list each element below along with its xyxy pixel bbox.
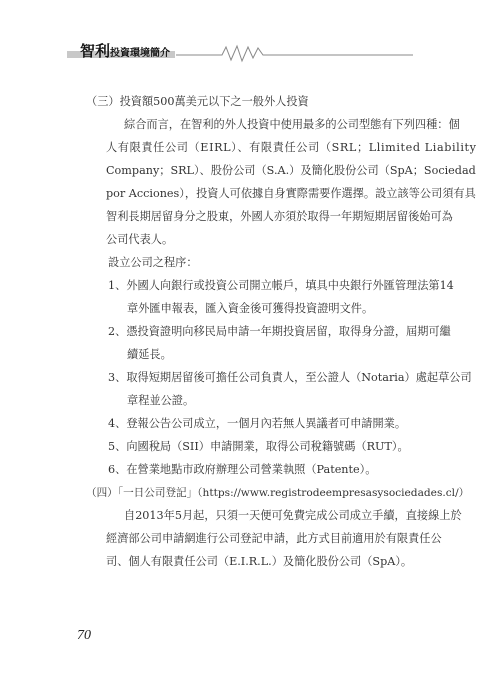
paragraph-line: 司、個人有限責任公司（E.I.R.L.）及簡化股份公司（SpA）。 <box>106 555 412 569</box>
section-4-heading: （四）「一日公司登記」（https://www.registrodeempres… <box>86 486 469 500</box>
page-number: 70 <box>77 628 91 644</box>
step-text: 在營業地點市政府辦理公司營業執照（Patente）。 <box>126 463 376 476</box>
step-number: 1、 <box>108 279 126 292</box>
section-3-heading: （三）投資額500萬美元以下之一般外人投資 <box>86 95 309 109</box>
step-2-cont: 續延長。 <box>127 348 172 362</box>
paragraph-line: por Acciones），投資人可依據自身實際需要作選擇。設立該等公司須有具 <box>106 187 476 201</box>
step-number: 6、 <box>108 463 126 476</box>
step-text: 憑投資證明向移民局申請一年期投資居留，取得身分證，屆期可繼 <box>126 325 450 338</box>
step-6: 6、在營業地點市政府辦理公司營業執照（Patente）。 <box>108 463 376 477</box>
running-header: 智利投資環境簡介 <box>0 0 480 70</box>
step-5: 5、向國稅局（SII）申請開業，取得公司稅籍號碼（RUT）。 <box>108 440 409 454</box>
step-text: 登報公告公司成立，一個月內若無人異議者可申請開業。 <box>126 417 406 430</box>
step-text: 外國人向銀行或投資公司開立帳戶，填具中央銀行外匯管理法第14 <box>126 279 454 292</box>
step-4: 4、登報公告公司成立，一個月內若無人異議者可申請開業。 <box>108 417 406 431</box>
procedure-label: 設立公司之程序： <box>108 256 198 270</box>
step-3-cont: 章程並公證。 <box>127 394 194 408</box>
step-number: 2、 <box>108 325 126 338</box>
step-1-cont: 章外匯申報表，匯入資金後可獲得投資證明文件。 <box>127 302 373 316</box>
step-text: 向國稅局（SII）申請開業，取得公司稅籍號碼（RUT）。 <box>126 440 408 453</box>
paragraph-line: 智利長期居留身分之股東，外國人亦須於取得一年期短期居留後始可為 <box>106 210 453 224</box>
step-number: 5、 <box>108 440 126 453</box>
heartbeat-line-icon <box>0 0 480 70</box>
paragraph-line: 經濟部公司申請網進行公司登記申請，此方式目前適用於有限責任公 <box>106 532 442 546</box>
paragraph-line: 人有限責任公司（EIRL）、有限責任公司（SRL；Llimited Liabil… <box>106 141 477 155</box>
step-3: 3、取得短期居留後可擔任公司負責人，至公證人（Notaria）處起草公司 <box>108 371 472 385</box>
step-number: 4、 <box>108 417 126 430</box>
paragraph-line: 公司代表人。 <box>106 233 173 247</box>
paragraph-line: Company；SRL）、股份公司（S.A.）及簡化股份公司（SpA；Socie… <box>106 164 476 178</box>
step-text: 取得短期居留後可擔任公司負責人，至公證人（Notaria）處起草公司 <box>126 371 471 384</box>
step-number: 3、 <box>108 371 126 384</box>
paragraph-line: 綜合而言，在智利的外人投資中使用最多的公司型態有下列四種：個 <box>124 118 460 132</box>
paragraph-line: 自2013年5月起，只須一天便可免費完成公司成立手續，直接線上於 <box>124 509 462 523</box>
step-1: 1、外國人向銀行或投資公司開立帳戶，填具中央銀行外匯管理法第14 <box>108 279 454 293</box>
step-2: 2、憑投資證明向移民局申請一年期投資居留，取得身分證，屆期可繼 <box>108 325 451 339</box>
